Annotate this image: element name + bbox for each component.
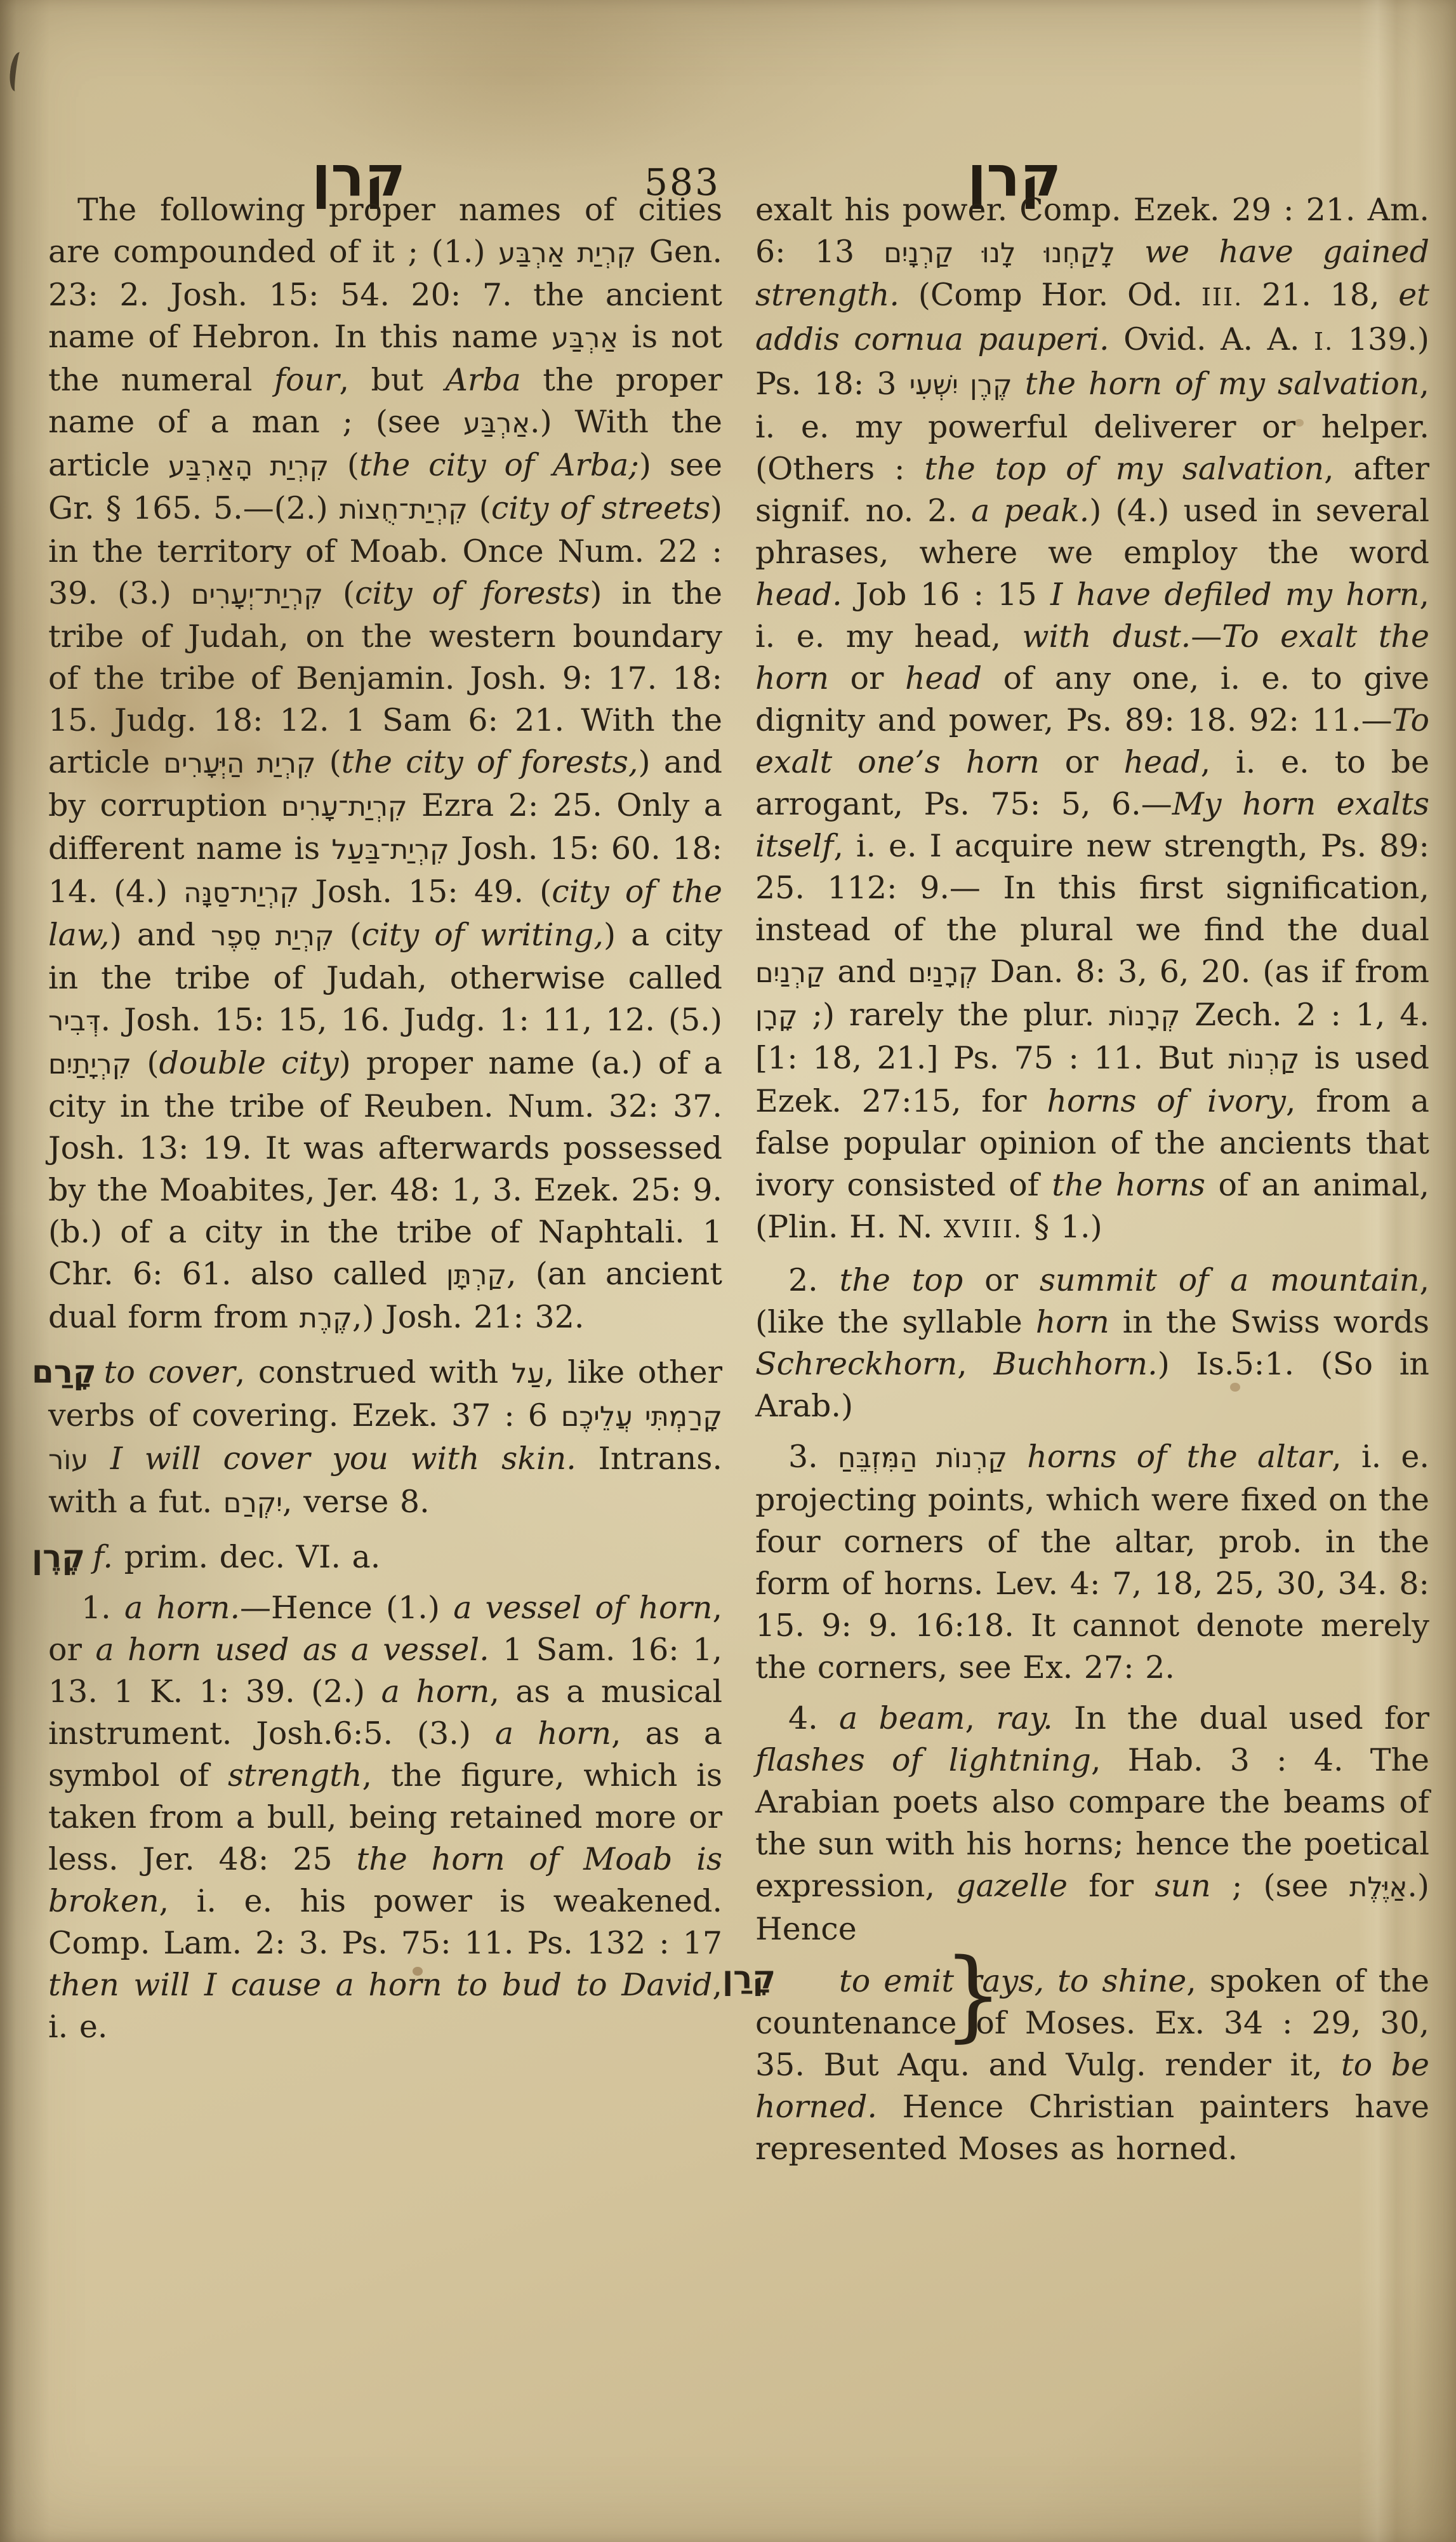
- text-run: in the Swiss words: [1109, 1304, 1429, 1340]
- text-run: [88, 1441, 110, 1477]
- hebrew-text: קַרְנוֹת: [1228, 1044, 1299, 1075]
- text-run: prim. dec. VI. a.: [113, 1539, 380, 1575]
- text-run: . Josh. 15: 15, 16. Judg. 1: 11, 12. (5.…: [100, 1002, 722, 1038]
- headword-hebrew: קָרַם: [32, 1354, 96, 1390]
- italic-text: sun: [1155, 1868, 1210, 1904]
- hebrew-text: אַיֶּלֶת: [1349, 1872, 1407, 1903]
- text-run: or: [829, 660, 905, 696]
- hebrew-text: קִרְיַת הַיְּעָרִים: [163, 748, 315, 780]
- sense-3: 3. קַרְנוֹת הַמִּזְבֵּחַ horns of the al…: [755, 1436, 1429, 1689]
- text-run: (Comp Hor. Od.: [899, 277, 1201, 313]
- italic-text: Buchhorn.: [994, 1346, 1158, 1382]
- text-run: , but: [340, 362, 446, 398]
- italic-text: head: [1123, 744, 1200, 780]
- entry-qaran: קָרַן}to emit rays, to shine, spoken of …: [755, 1960, 1429, 2170]
- brace-mark: }: [859, 1955, 1003, 2035]
- text-run: 21. 18,: [1243, 277, 1398, 313]
- italic-text: I have defiled my horn: [1050, 576, 1419, 613]
- italic-text: strength: [228, 1757, 362, 1793]
- hebrew-text: קַרְנוֹת הַמִּזְבֵּחַ: [838, 1442, 1007, 1474]
- text-run: ; (see: [1211, 1868, 1349, 1904]
- italic-text: ray.: [996, 1700, 1052, 1736]
- text-run: Ovid. A. A.: [1109, 321, 1314, 357]
- smallcaps-text: III.: [1201, 284, 1243, 312]
- text-run: ;) rarely the plur.: [798, 997, 1109, 1033]
- sense-2: 2. the top or summit of a mountain, (lik…: [755, 1260, 1429, 1427]
- text-run: and: [825, 954, 908, 990]
- hebrew-text: קַרְתָּן: [446, 1260, 506, 1291]
- hebrew-text: עַל: [512, 1358, 545, 1390]
- italic-text: Schreckhorn: [755, 1346, 957, 1382]
- italic-text: a vessel of horn: [453, 1590, 712, 1626]
- hebrew-text: יִקְרַם: [223, 1487, 282, 1519]
- smallcaps-text: I.: [1314, 328, 1334, 356]
- italic-text: head: [905, 660, 982, 696]
- hebrew-text: קִרְיַת סֵפֶר: [211, 921, 334, 952]
- italic-text: the city of Arba;: [359, 447, 639, 483]
- sense-1: 1. a horn.—Hence (1.) a vessel of horn, …: [48, 1587, 722, 2048]
- hebrew-text: קִרְיַת־בַּעַל: [331, 834, 449, 866]
- hebrew-text: קַרְנַיִם: [755, 957, 825, 989]
- italic-text: four: [274, 362, 340, 398]
- text-run: (: [323, 575, 355, 611]
- italic-text: to cover: [104, 1354, 235, 1390]
- italic-text: a horn: [381, 1674, 490, 1710]
- text-run: (: [315, 744, 341, 780]
- italic-text: with dust.: [1023, 618, 1191, 655]
- italic-text: the top of my salvation: [924, 451, 1324, 487]
- lexicon-page: קרן 583 קרן The following proper names o…: [0, 0, 1456, 2542]
- text-run: (: [468, 490, 491, 526]
- italic-text: the horn of my salvation: [1025, 366, 1420, 402]
- text-run: [1007, 1439, 1027, 1475]
- hebrew-text: קְרָנוֹת: [1109, 1001, 1180, 1032]
- text-run: (: [131, 1045, 159, 1081]
- italic-text: horn: [1036, 1304, 1109, 1340]
- hebrew-text: קְרָנַיִם: [908, 957, 977, 989]
- text-run: (: [329, 447, 359, 483]
- headword-hebrew: קָרַן: [722, 1957, 859, 1999]
- hebrew-text: קֶרֶן יִשְׁעִי: [910, 369, 1012, 401]
- hebrew-text: קִרְיַת הָאַרְבַּע: [168, 451, 329, 482]
- text-run: —Hence (1.): [240, 1590, 453, 1626]
- text-run: 1.: [81, 1590, 124, 1626]
- text-run: (: [334, 917, 361, 953]
- headword-hebrew: קֶרֶן: [32, 1538, 85, 1575]
- italic-text: a beam: [839, 1700, 965, 1736]
- hebrew-text: קִרְיַת־יְעָרִים: [191, 579, 323, 611]
- hebrew-text: קֶרֶת: [300, 1303, 352, 1334]
- left-column: The following proper names of cities are…: [48, 189, 722, 2048]
- text-run: [1115, 234, 1144, 270]
- smallcaps-text: XVIII.: [944, 1216, 1023, 1244]
- text-run: ) proper name (a.) of a city in the trib…: [48, 1045, 722, 1292]
- text-run: 3.: [788, 1439, 838, 1475]
- italic-text: I will cover you with skin.: [110, 1441, 576, 1477]
- text-run: In the dual used for: [1053, 1700, 1429, 1736]
- italic-text: a peak.: [971, 493, 1089, 529]
- italic-text: flashes of lightning: [755, 1742, 1091, 1778]
- entry-qeren: קֶרֶןf. prim. dec. VI. a.: [48, 1536, 722, 1578]
- italic-text: the top: [840, 1262, 963, 1298]
- hebrew-text: דְּבִיר: [48, 1006, 100, 1037]
- hebrew-text: אַרְבַּע: [463, 408, 530, 439]
- italic-text: gazelle: [956, 1868, 1068, 1904]
- hebrew-text: קִרְיָתַיִם: [48, 1049, 131, 1081]
- paragraph-continuation: exalt his power. Comp. Ezek. 29 : 21. Am…: [755, 189, 1429, 1251]
- hebrew-text: לָקַחְנוּ לָנוּ קַרְנָיִם: [884, 237, 1115, 269]
- text-run: 2.: [788, 1262, 840, 1298]
- text-run: , i. e. projecting points, which were fi…: [755, 1439, 1429, 1686]
- text-run: or: [1040, 744, 1124, 780]
- text-run: Josh. 15: 49. (: [299, 874, 552, 910]
- text-run: [1012, 366, 1025, 402]
- text-run: ,: [957, 1346, 993, 1382]
- italic-text: f.: [93, 1539, 113, 1575]
- italic-text: horns of ivory: [1047, 1083, 1286, 1119]
- text-run: Dan. 8: 3, 6, 20. (as if from: [978, 954, 1429, 990]
- paragraph-kiryath: The following proper names of cities are…: [48, 189, 722, 1340]
- ink-smudge: [8, 51, 27, 92]
- italic-text: Arba: [446, 362, 521, 398]
- hanging-headword: קָרַן}: [722, 1957, 1003, 2033]
- text-run: § 1.): [1023, 1209, 1102, 1245]
- hebrew-text: קִרְיַת־חֻצוֹת: [340, 494, 468, 526]
- italic-text: a horn used as a vessel.: [95, 1632, 489, 1668]
- right-column: exalt his power. Comp. Ezek. 29 : 21. Am…: [755, 189, 1429, 2170]
- sense-4: 4. a beam, ray. In the dual used for fla…: [755, 1698, 1429, 1950]
- italic-text: the horns: [1052, 1167, 1205, 1203]
- italic-text: city of streets: [491, 490, 710, 526]
- italic-text: double city: [159, 1045, 338, 1081]
- italic-text: summit of a mountain: [1040, 1262, 1420, 1298]
- text-run: or: [963, 1262, 1040, 1298]
- italic-text: city of forests: [355, 575, 590, 611]
- text-run: for: [1068, 1868, 1155, 1904]
- italic-text: city of writing,: [362, 917, 604, 953]
- italic-text: then will I cause a horn to bud to David: [48, 1967, 712, 2003]
- italic-text: head.: [755, 576, 842, 613]
- hebrew-text: קָרָן: [755, 1001, 798, 1032]
- hebrew-text: קִרְיַת־סַנָּה: [183, 877, 299, 909]
- text-run: —: [1191, 618, 1222, 655]
- italic-text: horns of the altar: [1027, 1439, 1332, 1475]
- text-run: ,: [965, 1700, 996, 1736]
- hebrew-text: קִרְיַת אַרְבַּע: [498, 237, 636, 269]
- entry-qaram: קָרַםto cover, construed with עַל, like …: [48, 1351, 722, 1524]
- text-run: , verse 8.: [282, 1484, 430, 1520]
- hebrew-text: קִרְיַת־עָרִים: [281, 791, 407, 823]
- text-run: , i. e. I acquire new strength, Ps. 89: …: [755, 828, 1429, 948]
- text-run: , construed with: [235, 1354, 512, 1390]
- text-run: 4.: [788, 1700, 839, 1736]
- text-run: ) and: [110, 917, 211, 953]
- hebrew-text: אַרְבַּע: [552, 323, 618, 354]
- italic-text: a horn.: [124, 1590, 240, 1626]
- italic-text: the city of forests,: [341, 744, 639, 780]
- text-run: Job 16 : 15: [842, 576, 1050, 613]
- italic-text: a horn: [495, 1715, 611, 1752]
- text-run: ,) Josh. 21: 32.: [352, 1299, 585, 1335]
- paper-stain: [216, 0, 819, 210]
